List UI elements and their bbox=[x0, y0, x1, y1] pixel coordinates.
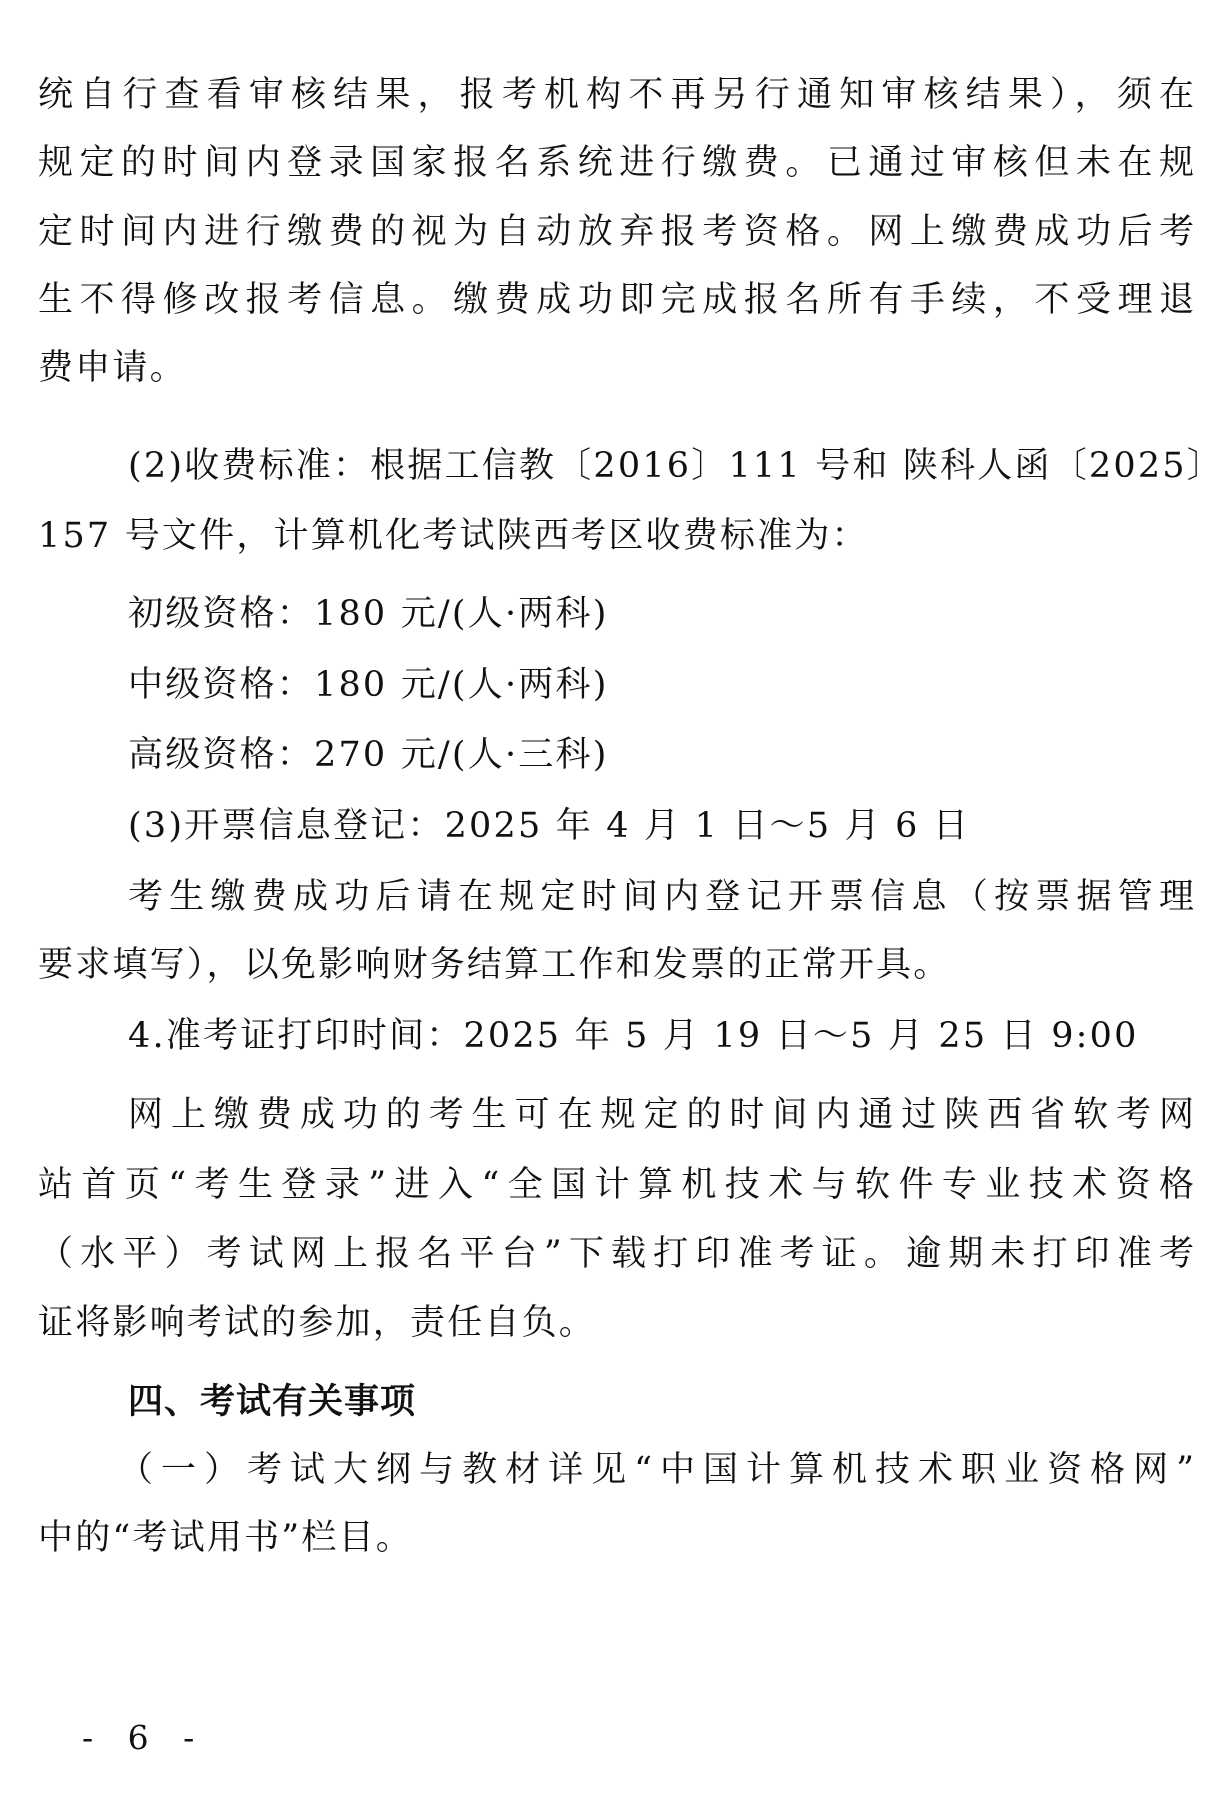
body-line: 生不得修改报考信息。缴费成功即完成报名所有手续，不受理退 bbox=[38, 278, 1194, 322]
body-line: 中的“考试用书”栏目。 bbox=[38, 1516, 1194, 1560]
body-line: 费申请。 bbox=[38, 346, 1194, 390]
body-line: （水平）考试网上报名平台”下载打印准考证。逾期未打印准考 bbox=[38, 1232, 1194, 1276]
body-line: 157 号文件，计算机化考试陕西考区收费标准为： bbox=[38, 514, 1194, 558]
fee-item-junior: 初级资格：180 元/(人·两科) bbox=[128, 592, 1194, 636]
body-line: 定时间内进行缴费的视为自动放弃报考资格。网上缴费成功后考 bbox=[38, 210, 1194, 254]
fee-item-intermediate: 中级资格：180 元/(人·两科) bbox=[128, 663, 1194, 707]
fee-item-senior: 高级资格：270 元/(人·三科) bbox=[128, 733, 1194, 777]
body-line: 要求填写），以免影响财务结算工作和发票的正常开具。 bbox=[38, 943, 1194, 987]
section-heading: 四、考试有关事项 bbox=[128, 1380, 1194, 1424]
page-number: - 6 - bbox=[82, 1718, 206, 1758]
document-page: 统自行查看审核结果，报考机构不再另行通知审核结果），须在 规定的时间内登录国家报… bbox=[0, 0, 1232, 1798]
fee-standard-heading: (2)收费标准：根据工信教〔2016〕111 号和 陕科人函〔2025〕 bbox=[128, 444, 1194, 488]
body-line: （一）考试大纲与教材详见“中国计算机技术职业资格网” bbox=[118, 1448, 1194, 1492]
invoice-heading: (3)开票信息登记：2025 年 4 月 1 日～5 月 6 日 bbox=[128, 804, 1194, 848]
body-line: 站首页“考生登录”进入“全国计算机技术与软件专业技术资格 bbox=[38, 1163, 1194, 1207]
body-line: 考生缴费成功后请在规定时间内登记开票信息（按票据管理 bbox=[128, 875, 1194, 919]
body-line: 规定的时间内登录国家报名系统进行缴费。已通过审核但未在规 bbox=[38, 141, 1194, 185]
body-line: 证将影响考试的参加，责任自负。 bbox=[38, 1301, 1194, 1345]
body-line: 统自行查看审核结果，报考机构不再另行通知审核结果），须在 bbox=[38, 73, 1194, 117]
body-line: 网上缴费成功的考生可在规定的时间内通过陕西省软考网 bbox=[128, 1093, 1194, 1137]
admission-heading: 4.准考证打印时间：2025 年 5 月 19 日～5 月 25 日 9:00 bbox=[128, 1014, 1194, 1058]
